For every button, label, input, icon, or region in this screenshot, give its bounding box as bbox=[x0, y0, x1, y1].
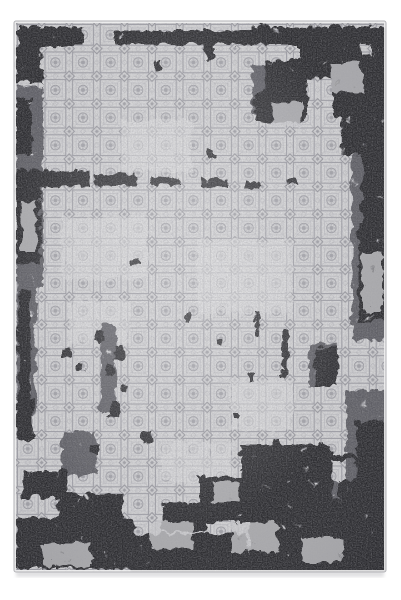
fabric-grain bbox=[14, 21, 386, 572]
rug-canvas bbox=[14, 21, 390, 572]
rug-image: Distressed grey vintage-style area rug w… bbox=[0, 0, 401, 600]
product-photo: Distressed grey vintage-style area rug w… bbox=[0, 0, 401, 600]
